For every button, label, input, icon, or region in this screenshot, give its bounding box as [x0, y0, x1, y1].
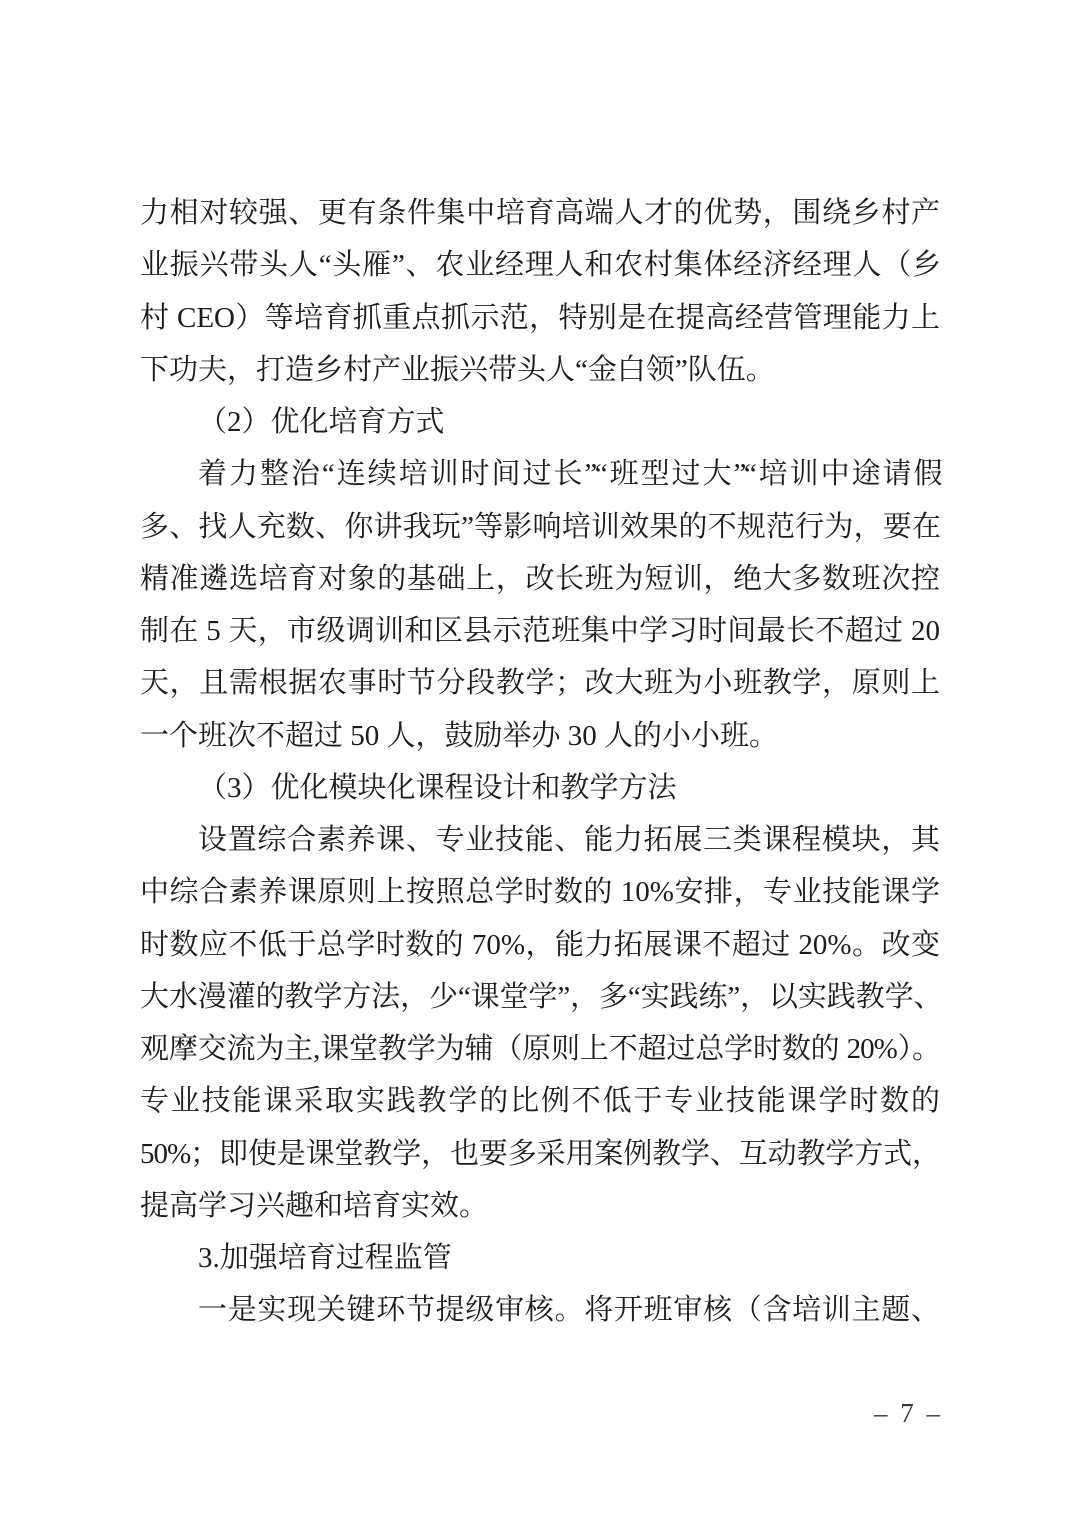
text-line: 天，且需根据农事时节分段教学；改大班为小班教学，原则上: [140, 657, 940, 709]
text-line: 着力整治“连续培训时间过长”“班型过大”“培训中途请假: [140, 448, 940, 500]
text-line: 专业技能课采取实践教学的比例不低于专业技能课学时数的: [140, 1075, 940, 1127]
text-line: 一个班次不超过 50 人，鼓励举办 30 人的小小班。: [140, 710, 940, 762]
text-line: 50%；即使是课堂教学，也要多采用案例教学、互动教学方式，: [140, 1128, 940, 1180]
text-line: 制在 5 天，市级调训和区县示范班集中学习时间最长不超过 20: [140, 605, 940, 657]
text-line: 提高学习兴趣和培育实效。: [140, 1180, 940, 1232]
text-line: 观摩交流为主,课堂教学为辅（原则上不超过总学时数的 20%）。: [140, 1023, 940, 1075]
text-line: 一是实现关键环节提级审核。将开班审核（含培训主题、: [140, 1284, 940, 1336]
text-line: 下功夫，打造乡村产业振兴带头人“金白领”队伍。: [140, 344, 940, 396]
text-line: 精准遴选培育对象的基础上，改长班为短训，绝大多数班次控: [140, 553, 940, 605]
page-number: – 7 –: [874, 1398, 943, 1429]
text-line: 业振兴带头人“头雁”、农业经理人和农村集体经济经理人（乡: [140, 239, 940, 291]
text-line: （3）优化模块化课程设计和教学方法: [140, 762, 940, 814]
text-line: 大水漫灌的教学方法，少“课堂学”，多“实践练”，以实践教学、: [140, 971, 940, 1023]
text-line: 力相对较强、更有条件集中培育高端人才的优势，围绕乡村产: [140, 187, 940, 239]
document-page: 力相对较强、更有条件集中培育高端人才的优势，围绕乡村产业振兴带头人“头雁”、农业…: [0, 0, 1074, 1520]
text-line: 多、找人充数、你讲我玩”等影响培训效果的不规范行为，要在: [140, 501, 940, 553]
text-line: 时数应不低于总学时数的 70%，能力拓展课不超过 20%。改变: [140, 919, 940, 971]
text-line: 设置综合素养课、专业技能、能力拓展三类课程模块，其: [140, 814, 940, 866]
text-line: 村 CEO）等培育抓重点抓示范，特别是在提高经营管理能力上: [140, 292, 940, 344]
text-line: 3.加强培育过程监管: [140, 1232, 940, 1284]
text-line: 中综合素养课原则上按照总学时数的 10%安排，专业技能课学: [140, 866, 940, 918]
document-text: 力相对较强、更有条件集中培育高端人才的优势，围绕乡村产业振兴带头人“头雁”、农业…: [140, 187, 940, 1337]
text-line: （2）优化培育方式: [140, 396, 940, 448]
